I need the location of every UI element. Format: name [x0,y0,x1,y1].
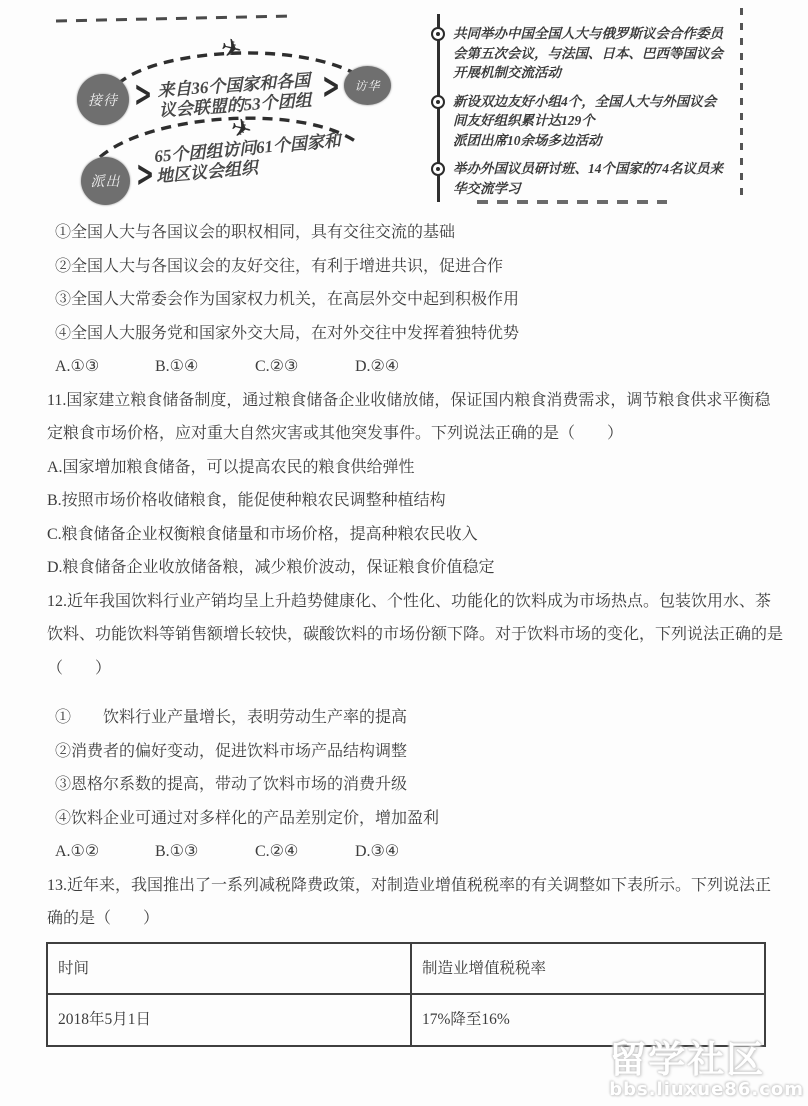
q10-answer-row: A.①③ B.①④ C.②③ D.②④ [47,350,785,384]
q12-answer-c: C.②④ [255,835,351,869]
bullet-icon [431,162,445,176]
q12-answer-row: A.①② B.①③ C.②④ D.③④ [47,835,785,869]
timeline-item: 新设双边友好小组4个，全国人大与外国议会间友好组织累计达129个 派团出席10余… [425,92,723,151]
q11-stem: 11.国家建立粮食储备制度，通过粮食储备企业收储放储，保证国内粮食消费需求，调节… [47,384,785,451]
q12-statement-2: ②消费者的偏好变动，促进饮料市场产品结构调整 [47,735,785,769]
timeline-item-text: 新设双边友好小组4个，全国人大与外国议会间友好组织累计达129个 派团出席10余… [453,92,723,151]
chevron-right-icon: > [134,73,152,115]
exam-page: 接待 访华 派出 > > > ✈ ✈ 来自36个国家和各国 议会联盟的53个团组… [0,0,808,1106]
q12-stem: 12.近年我国饮料行业产销均呈上升趋势健康化、个性化、功能化的饮料成为市场热点。… [47,585,785,686]
spacer [47,685,785,701]
node-dispatch: 派出 [81,157,130,205]
q12-answer-b: B.①③ [155,835,251,869]
q11-option-c: C.粮食储备企业权衡粮食储量和市场价格，提高种粮农民收入 [47,518,785,552]
node-receive: 接待 [77,74,129,125]
timeline-item: 共同举办中国全国人大与俄罗斯议会合作委员会第五次会议，与法国、日本、巴西等国议会… [425,24,723,83]
q10-statement-2: ②全国人大与各国议会的友好交往，有利于增进共识，促进合作 [47,250,785,284]
table-header-row: 时间 制造业增值税税率 [47,943,765,995]
q10-answer-b: B.①④ [155,350,251,384]
q10-answer-a: A.①③ [55,350,151,384]
table-header-rate: 制造业增值税税率 [411,943,765,995]
panel-dashed-border [740,8,743,202]
q12-answer-d: D.③④ [355,835,451,869]
q12-answer-a: A.①② [55,835,151,869]
q12-statement-1: ① 饮料行业产量增长，表明劳动生产率的提高 [47,701,785,735]
q12-statement-3: ③恩格尔系数的提高，带动了饮料市场的消费升级 [47,768,785,802]
q11-option-a: A.国家增加粮食储备，可以提高农民的粮食供给弹性 [47,451,785,485]
watermark-title: 留学社区 [609,1040,804,1081]
q11-option-d: D.粮食储备企业收放储备粮，减少粮价波动，保证粮食价值稳定 [47,551,785,585]
vat-rate-table: 时间 制造业增值税税率 2018年5月1日 17%降至16% [46,942,766,1047]
timeline-item: 举办外国议员研讨班、14个国家的74名议员来华交流学习 [425,159,723,198]
chevron-right-icon: > [136,153,154,195]
timeline-panel: 共同举办中国全国人大与俄罗斯议会合作委员会第五次会议，与法国、日本、巴西等国议会… [425,8,755,210]
panel-dashed-border [477,200,667,204]
table-header-time: 时间 [47,943,411,995]
q10-answer-c: C.②③ [255,350,351,384]
q13-stem: 13.近年来，我国推出了一系列减税降费政策，对制造业增值税税率的有关调整如下表所… [47,869,785,936]
figure-npc-diplomacy: 接待 访华 派出 > > > ✈ ✈ 来自36个国家和各国 议会联盟的53个团组… [0,0,808,215]
node-receive-label: 接待 [88,90,118,110]
node-dispatch-label: 派出 [91,171,121,191]
watermark-url: bbs.liuxue86.com [609,1079,804,1100]
q10-answer-d: D.②④ [355,350,451,384]
q10-statement-1: ①全国人大与各国议会的职权相同，具有交往交流的基础 [47,216,785,250]
node-visit-label: 访华 [354,77,380,94]
q10-statement-4: ④全国人大服务党和国家外交大局，在对外交往中发挥着独特优势 [47,317,785,351]
q11-option-b: B.按照市场价格收储粮食，能促使种粮农民调整种植结构 [47,484,785,518]
q10-statement-3: ③全国人大常委会作为国家权力机关，在高层外交中起到积极作用 [47,283,785,317]
table-cell-date: 2018年5月1日 [47,994,411,1046]
node-visit-china: 访华 [344,66,391,105]
q12-statement-4: ④饮料企业可通过对多样化的产品差别定价，增加盈利 [47,802,785,836]
question-body: ①全国人大与各国议会的职权相同，具有交往交流的基础 ②全国人大与各国议会的友好交… [47,216,785,1047]
bullet-icon [431,95,445,109]
bullet-icon [431,27,445,41]
chevron-right-icon: > [322,65,340,107]
watermark: 留学社区 bbs.liuxue86.com [609,1040,804,1100]
timeline-item-text: 举办外国议员研讨班、14个国家的74名议员来华交流学习 [453,159,723,198]
timeline-item-text: 共同举办中国全国人大与俄罗斯议会合作委员会第五次会议，与法国、日本、巴西等国议会… [453,24,723,83]
